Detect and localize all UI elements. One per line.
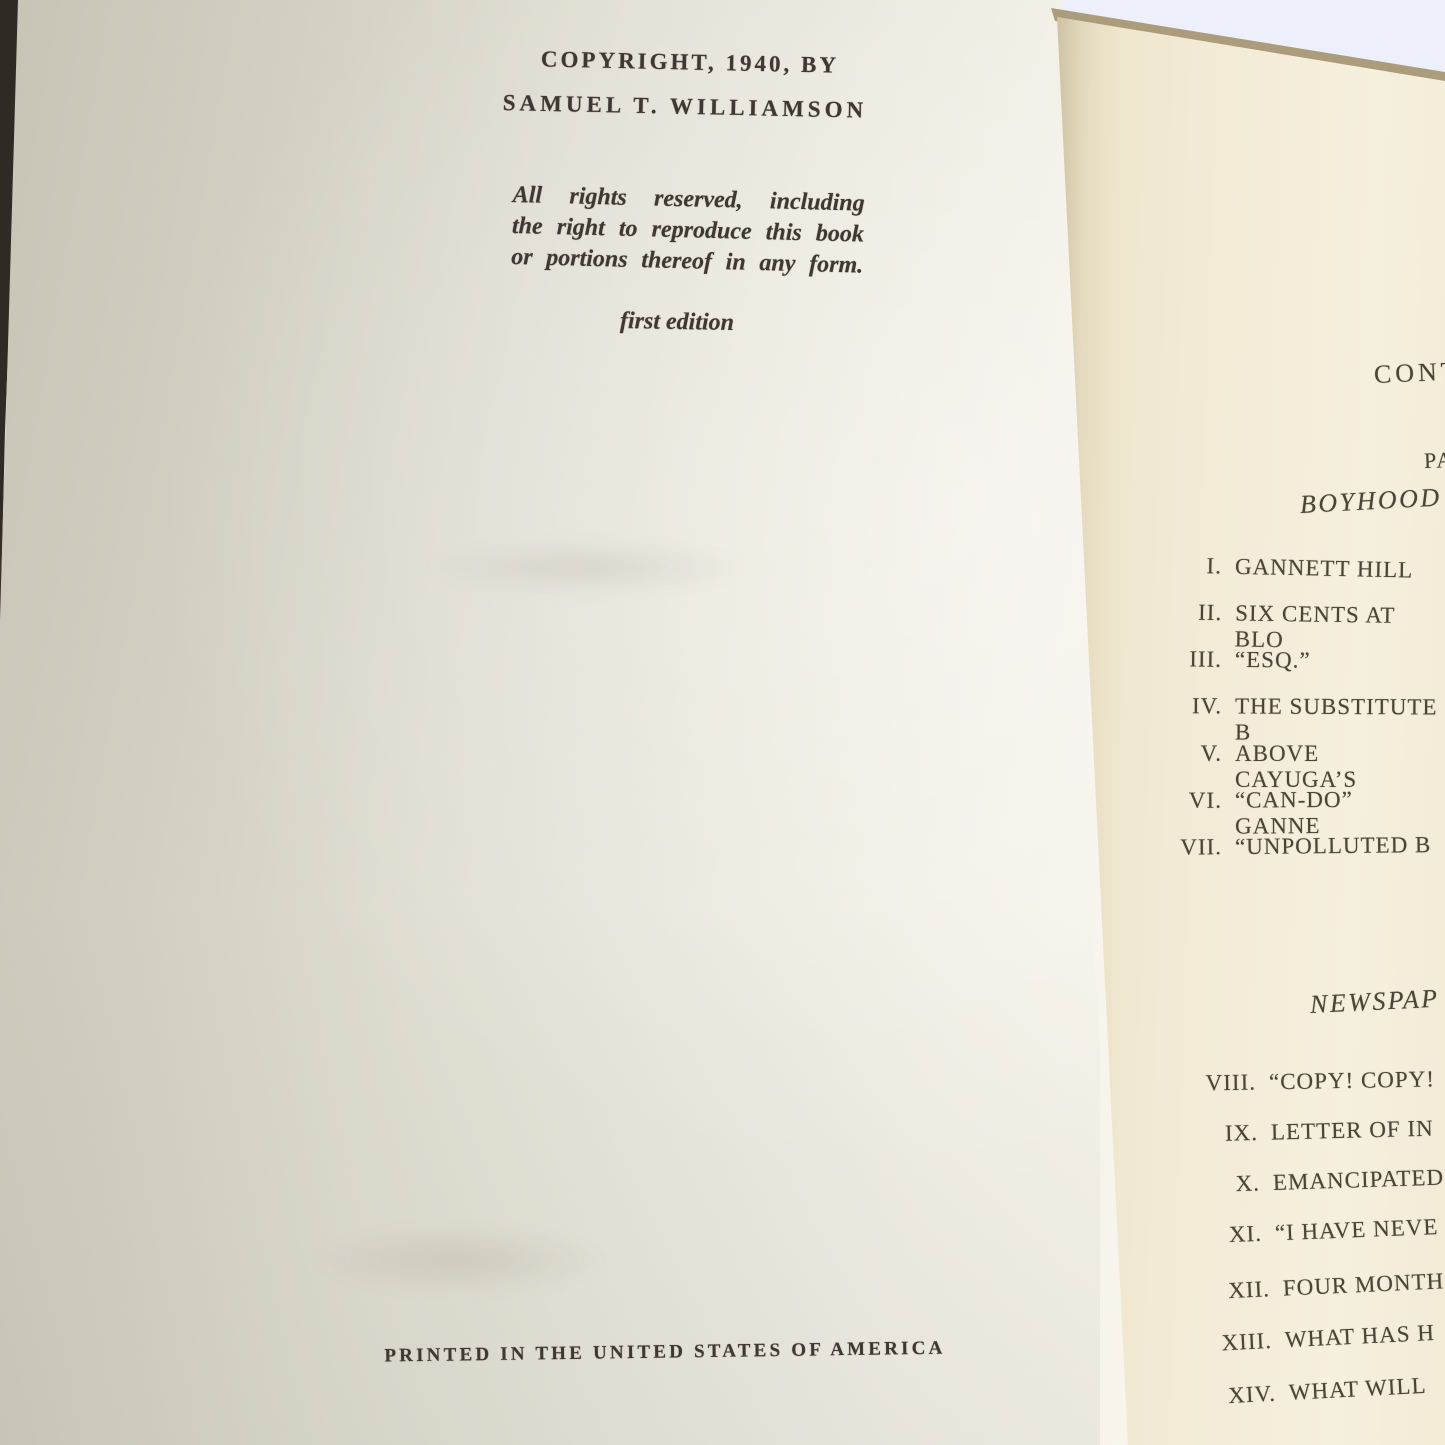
toc-roman-numeral: IV.: [1148, 693, 1222, 719]
toc-chapter-title: EMANCIPATED: [1273, 1165, 1445, 1196]
toc-entry: III. “ESQ.”: [1148, 646, 1311, 674]
toc-chapter-title: “ESQ.”: [1235, 647, 1311, 674]
toc-entry: IV. THE SUBSTITUTE B: [1148, 693, 1445, 747]
toc-roman-numeral: I.: [1148, 552, 1223, 580]
toc-roman-numeral: XIV.: [1191, 1381, 1276, 1411]
ghost-impression: [420, 540, 750, 595]
toc-chapter-title: “UNPOLLUTED B: [1235, 832, 1432, 860]
toc-chapter-title: “COPY! COPY!: [1269, 1066, 1435, 1095]
toc-roman-numeral: V.: [1148, 741, 1222, 767]
toc-roman-numeral: X.: [1176, 1170, 1261, 1199]
toc-roman-numeral: VIII.: [1172, 1070, 1256, 1097]
contents-heading: CONTE: [1373, 355, 1445, 390]
toc-roman-numeral: XI.: [1178, 1221, 1263, 1250]
toc-entry: I. GANNETT HILL: [1148, 552, 1414, 584]
toc-roman-numeral: III.: [1148, 646, 1222, 673]
toc-chapter-title: LETTER OF IN: [1271, 1116, 1434, 1146]
page-column-label: PA: [1424, 447, 1445, 474]
toc-entry: VII. “UNPOLLUTED B: [1148, 832, 1432, 861]
ghost-impression: [310, 1225, 610, 1295]
toc-roman-numeral: IX.: [1174, 1120, 1259, 1148]
toc-chapter-title: THE SUBSTITUTE B: [1235, 693, 1445, 746]
rights-notice: All rights reserved, including the right…: [511, 180, 865, 282]
toc-entry: V. ABOVE CAYUGA’S: [1148, 741, 1445, 793]
edition-note: first edition: [620, 308, 734, 337]
toc-roman-numeral: II.: [1148, 599, 1222, 626]
toc-roman-numeral: VI.: [1148, 788, 1222, 814]
toc-entry: VIII. “COPY! COPY!: [1172, 1066, 1435, 1097]
section-heading-newspaper: NEWSPAP: [1309, 984, 1440, 1020]
book-photo: COPYRIGHT, 1940, BY SAMUEL T. WILLIAMSON…: [0, 0, 1445, 1445]
toc-chapter-title: ABOVE CAYUGA’S: [1235, 741, 1445, 793]
toc-chapter-title: GANNETT HILL: [1235, 554, 1414, 584]
toc-roman-numeral: XII.: [1185, 1276, 1270, 1306]
toc-roman-numeral: VII.: [1148, 834, 1222, 861]
toc-roman-numeral: XIII.: [1187, 1328, 1272, 1358]
